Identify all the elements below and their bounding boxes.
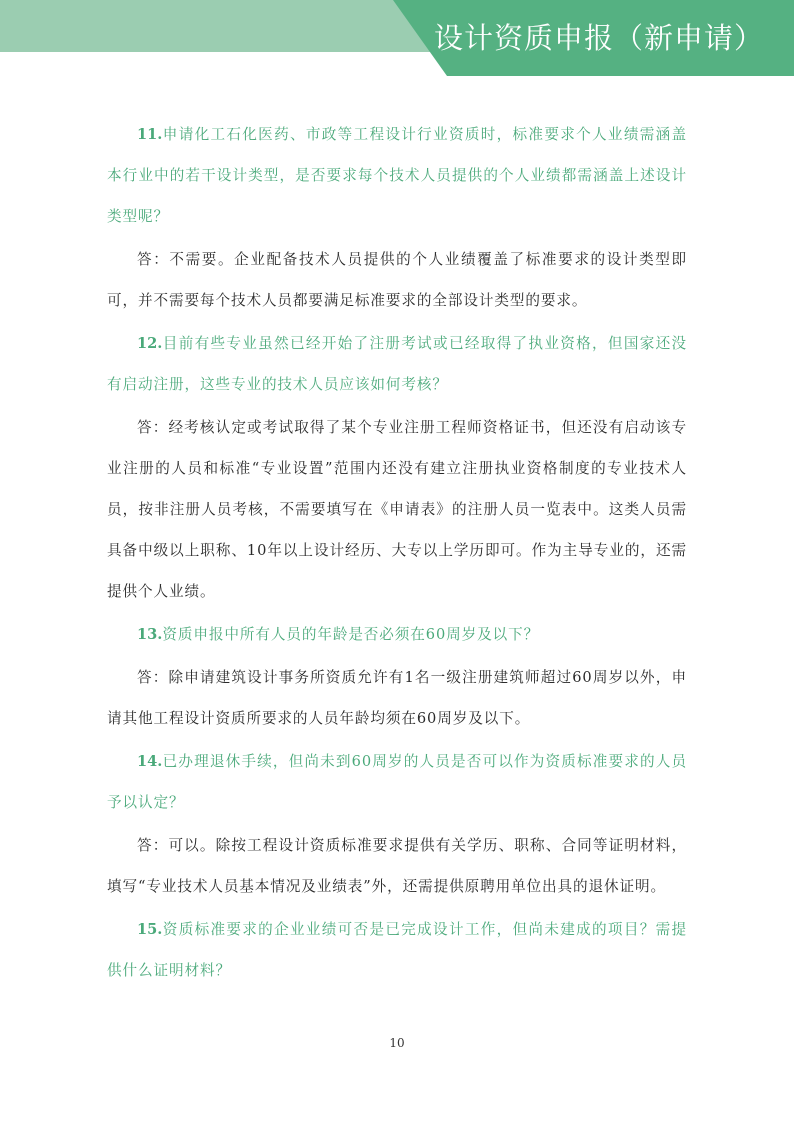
question-text: 资质标准要求的企业业绩可否是已完成设计工作，但尚未建成的项目？需提供什么证明材料… [107, 921, 687, 979]
question-11: 11.申请化工石化医药、市政等工程设计行业资质时，标准要求个人业绩需涵盖本行业中… [107, 114, 687, 237]
question-number: 11. [137, 126, 162, 143]
question-15: 15.资质标准要求的企业业绩可否是已完成设计工作，但尚未建成的项目？需提供什么证… [107, 909, 687, 991]
header-title: 设计资质申报（新申请） [434, 16, 764, 57]
question-13: 13.资质申报中所有人员的年龄是否必须在60周岁及以下？ [107, 614, 687, 655]
answer-12: 答：经考核认定或考试取得了某个专业注册工程师资格证书，但还没有启动该专业注册的人… [107, 407, 687, 612]
question-number: 15. [137, 921, 162, 938]
question-12: 12.目前有些专业虽然已经开始了注册考试或已经取得了执业资格，但国家还没有启动注… [107, 323, 687, 405]
page-number: 10 [0, 1036, 794, 1050]
question-number: 13. [137, 626, 162, 643]
answer-14: 答：可以。除按工程设计资质标准要求提供有关学历、职称、合同等证明材料，填写“专业… [107, 825, 687, 907]
question-14: 14.已办理退休手续，但尚未到60周岁的人员是否可以作为资质标准要求的人员予以认… [107, 741, 687, 823]
answer-13: 答：除申请建筑设计事务所资质允许有1名一级注册建筑师超过60周岁以外，申请其他工… [107, 657, 687, 739]
question-number: 12. [137, 335, 162, 352]
question-text: 资质申报中所有人员的年龄是否必须在60周岁及以下？ [162, 626, 539, 643]
question-text: 申请化工石化医药、市政等工程设计行业资质时，标准要求个人业绩需涵盖本行业中的若干… [107, 126, 687, 225]
faq-content: 11.申请化工石化医药、市政等工程设计行业资质时，标准要求个人业绩需涵盖本行业中… [107, 114, 687, 993]
question-number: 14. [137, 753, 162, 770]
answer-11: 答：不需要。企业配备技术人员提供的个人业绩覆盖了标准要求的设计类型即可，并不需要… [107, 239, 687, 321]
question-text: 目前有些专业虽然已经开始了注册考试或已经取得了执业资格，但国家还没有启动注册，这… [107, 335, 687, 393]
question-text: 已办理退休手续，但尚未到60周岁的人员是否可以作为资质标准要求的人员予以认定？ [107, 753, 687, 811]
